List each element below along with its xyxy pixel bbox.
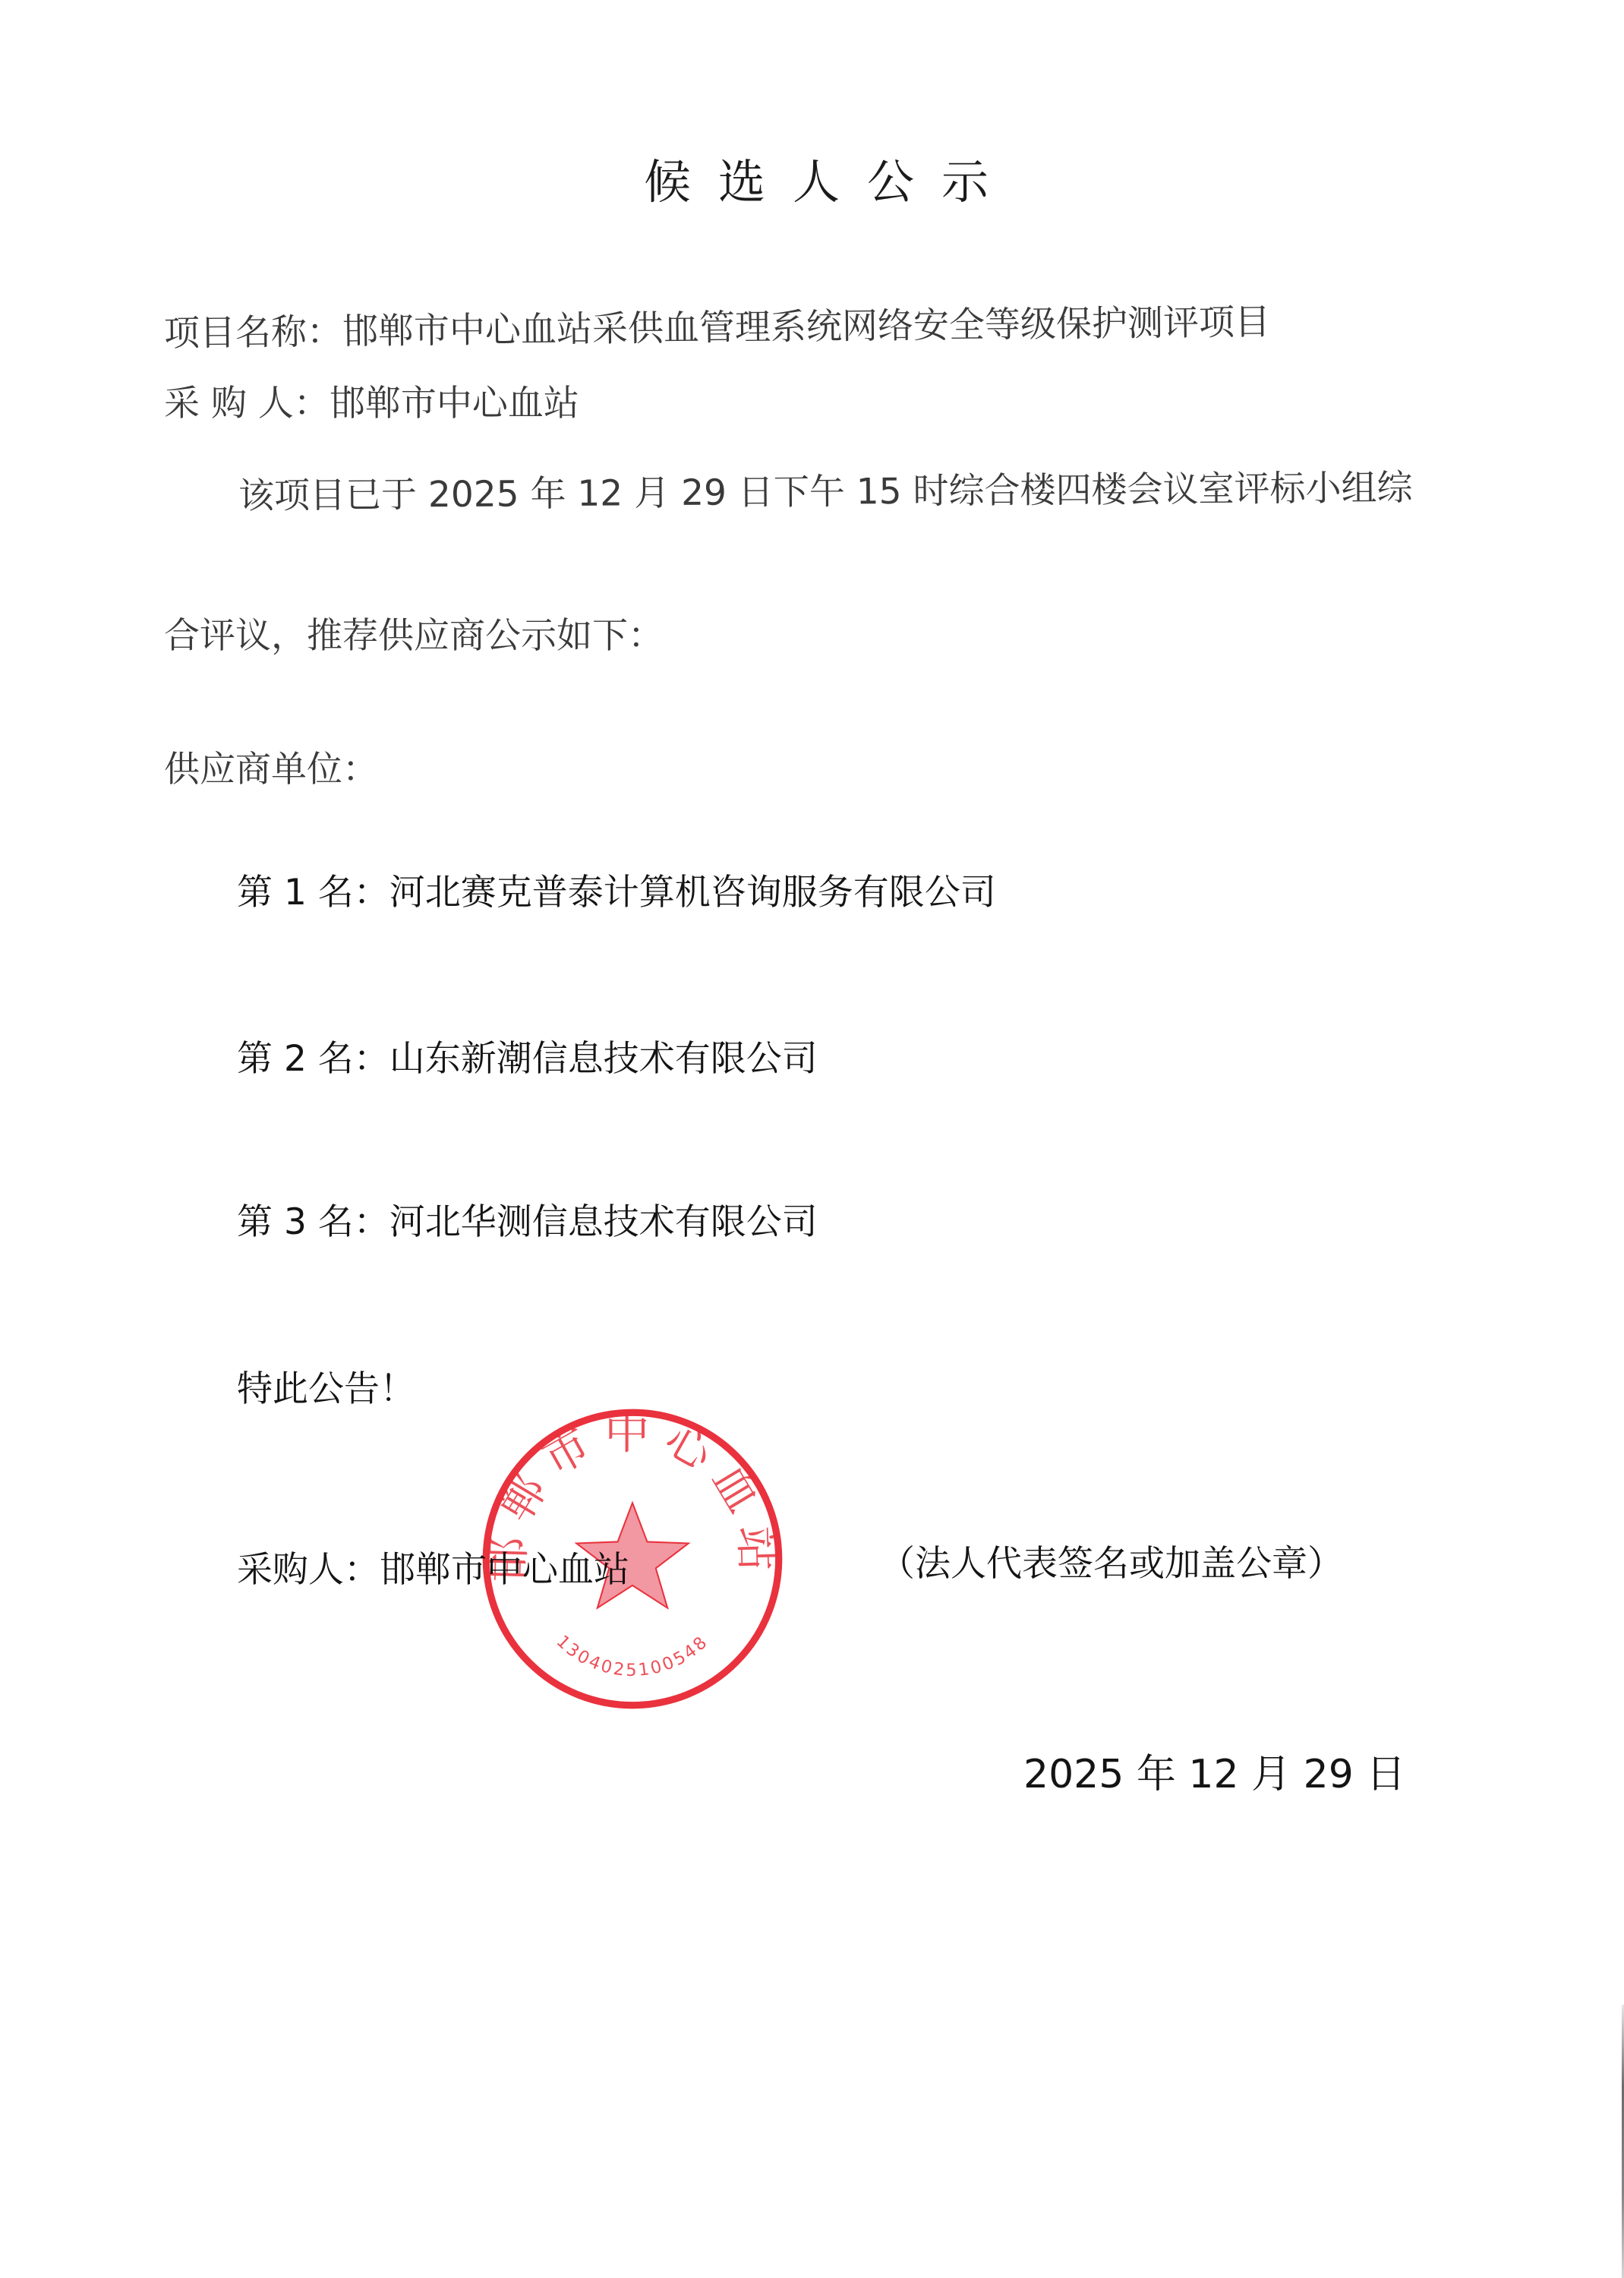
body-text-line-2: 合评议，推荐供应商公示如下： <box>164 614 664 659</box>
supplier-name: 山东新潮信息技术有限公司 <box>389 1038 818 1080</box>
supplier-rank-1: 第 1 名：河北赛克普泰计算机咨询服务有限公司 <box>237 870 996 916</box>
document-date: 2025 年 12 月 29 日 <box>1023 1752 1405 1797</box>
signature-hint: （法人代表签名或加盖公章） <box>879 1541 1343 1587</box>
supplier-rank-2: 第 2 名：山东新潮信息技术有限公司 <box>237 1036 818 1082</box>
suppliers-heading: 供应商单位： <box>164 747 378 793</box>
rank-label: 第 1 名： <box>237 872 389 913</box>
project-name-value: 邯郸市中心血站采供血管理系统网络安全等级保护测评项目 <box>342 301 1271 353</box>
official-seal-stamp: 邯郸市中心血站 1304025100548 <box>477 1403 788 1715</box>
closing-statement: 特此公告！ <box>237 1367 415 1412</box>
purchaser-line: 采 购 人：邯郸市中心血站 <box>164 381 579 427</box>
document-title: 候选人公示 <box>644 152 1039 213</box>
project-name-label: 项目名称： <box>164 311 343 355</box>
supplier-name: 河北华测信息技术有限公司 <box>389 1201 818 1243</box>
supplier-name: 河北赛克普泰计算机咨询服务有限公司 <box>389 872 996 913</box>
svg-text:1304025100548: 1304025100548 <box>553 1632 713 1680</box>
signature-label: 采购人： <box>237 1549 380 1591</box>
supplier-rank-3: 第 3 名：河北华测信息技术有限公司 <box>237 1200 818 1245</box>
project-name-line: 项目名称：邯郸市中心血站采供血管理系统网络安全等级保护测评项目 <box>164 300 1271 357</box>
body-text-line-1: 该项目已于 2025 年 12 月 29 日下午 15 时综合楼四楼会议室评标小… <box>238 465 1413 519</box>
rank-label: 第 2 名： <box>237 1038 389 1080</box>
purchaser-label: 采 购 人： <box>164 383 330 424</box>
purchaser-value: 邯郸市中心血站 <box>330 383 579 424</box>
seal-icon: 邯郸市中心血站 1304025100548 <box>477 1403 788 1715</box>
rank-label: 第 3 名： <box>237 1201 389 1243</box>
